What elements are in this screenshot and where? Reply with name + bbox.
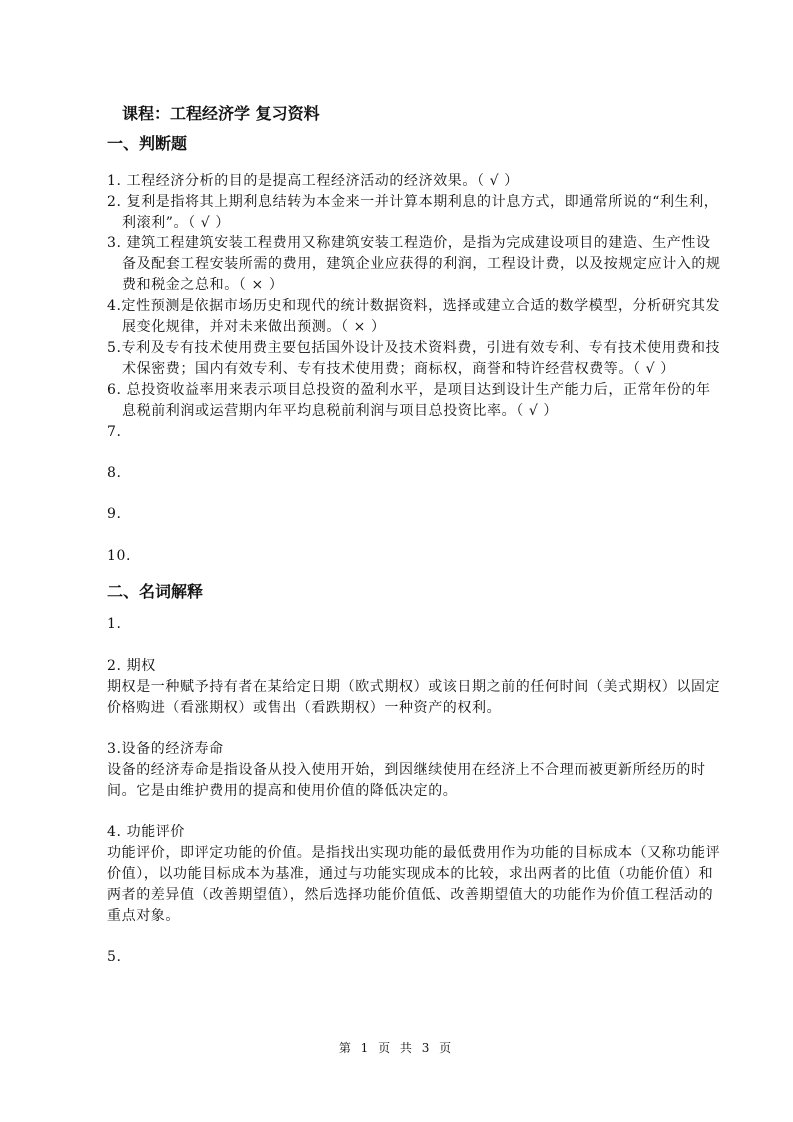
term-2-body-line-2: 价格购进（看涨期权）或售出（看跌期权）一种资产的权利。 bbox=[107, 700, 501, 716]
question-1-line-1: 1. 工程经济分析的目的是提高工程经济活动的经济效果。（ √ ） bbox=[107, 173, 519, 189]
term-1: 1. bbox=[107, 616, 122, 632]
question-6-line-2: 息税前利润或运营期内年平均息税前利润与项目总投资比率。（ √ ） bbox=[122, 403, 558, 419]
term-4-body-line-3: 两者的差异值（改善期望值），然后选择功能价值低、改善期望值大的功能作为价值工程活… bbox=[107, 887, 713, 903]
term-3-body-line-1: 设备的经济寿命是指设备从投入使用开始，到因继续使用在经济上不合理而被更新所经历的… bbox=[107, 762, 706, 778]
term-4-body-line-1: 功能评价，即评定功能的价值。是指找出实现功能的最低费用作为功能的目标成本（又称功… bbox=[107, 845, 720, 861]
question-3-line-2: 备及配套工程安装所需的费用，建筑企业应获得的利润，工程设计费，以及按规定应计入的… bbox=[122, 256, 721, 272]
term-5: 5. bbox=[107, 949, 122, 965]
term-4-body-line-4: 重点对象。 bbox=[107, 908, 180, 924]
section-heading-terms: 二、名词解释 bbox=[107, 582, 203, 602]
term-2-title: 2. 期权 bbox=[107, 658, 156, 674]
term-2-body-line-1: 期权是一种赋予持有者在某给定日期（欧式期权）或该日期之前的任何时间（美式期权）以… bbox=[107, 679, 720, 695]
question-9: 9. bbox=[107, 506, 122, 522]
question-3-line-3: 费和税金之总和。（ × ） bbox=[122, 277, 283, 293]
term-4-body-line-2: 价值），以功能目标成本为基准，通过与功能实现成本的比较，求出两者的比值（功能价值… bbox=[107, 866, 713, 882]
document-title: 课程：工程经济学 复习资料 bbox=[122, 104, 320, 124]
term-3-title: 3.设备的经济寿命 bbox=[107, 741, 224, 757]
question-4-line-1: 4.定性预测是依据市场历史和现代的统计数据资料，选择或建立合适的数学模型，分析研… bbox=[107, 298, 720, 314]
question-5-line-2: 术保密费；国内有效专利、专有技术使用费；商标权，商誉和特许经营权费等。（ √ ） bbox=[122, 361, 675, 377]
question-6-line-1: 6. 总投资收益率用来表示项目总投资的盈利水平，是项目达到设计生产能力后，正常年… bbox=[107, 382, 711, 398]
question-7: 7. bbox=[107, 424, 122, 440]
question-5-line-1: 5.专利及专有技术使用费主要包括国外设计及技术资料费，引进有效专利、专有技术使用… bbox=[107, 340, 720, 356]
page-footer: 第 1 页 共 3 页 bbox=[0, 1041, 793, 1055]
term-3-body-line-2: 间。它是由维护费用的提高和使用价值的降低决定的。 bbox=[107, 783, 457, 799]
question-2-line-1: 2. 复利是指将其上期利息结转为本金来一并计算本期利息的计息方式，即通常所说的“… bbox=[107, 194, 718, 210]
term-4-title: 4. 功能评价 bbox=[107, 824, 185, 840]
section-heading-true-false: 一、判断题 bbox=[107, 134, 187, 154]
question-3-line-1: 3. 建筑工程建筑安装工程费用又称建筑安装工程造价，是指为完成建设项目的建造、生… bbox=[107, 235, 711, 251]
question-4-line-2: 展变化规律，并对未来做出预测。（ × ） bbox=[122, 319, 386, 335]
question-10: 10. bbox=[107, 548, 131, 564]
question-2-line-2: 利滚利”。（ √ ） bbox=[122, 215, 230, 231]
question-8: 8. bbox=[107, 465, 122, 481]
